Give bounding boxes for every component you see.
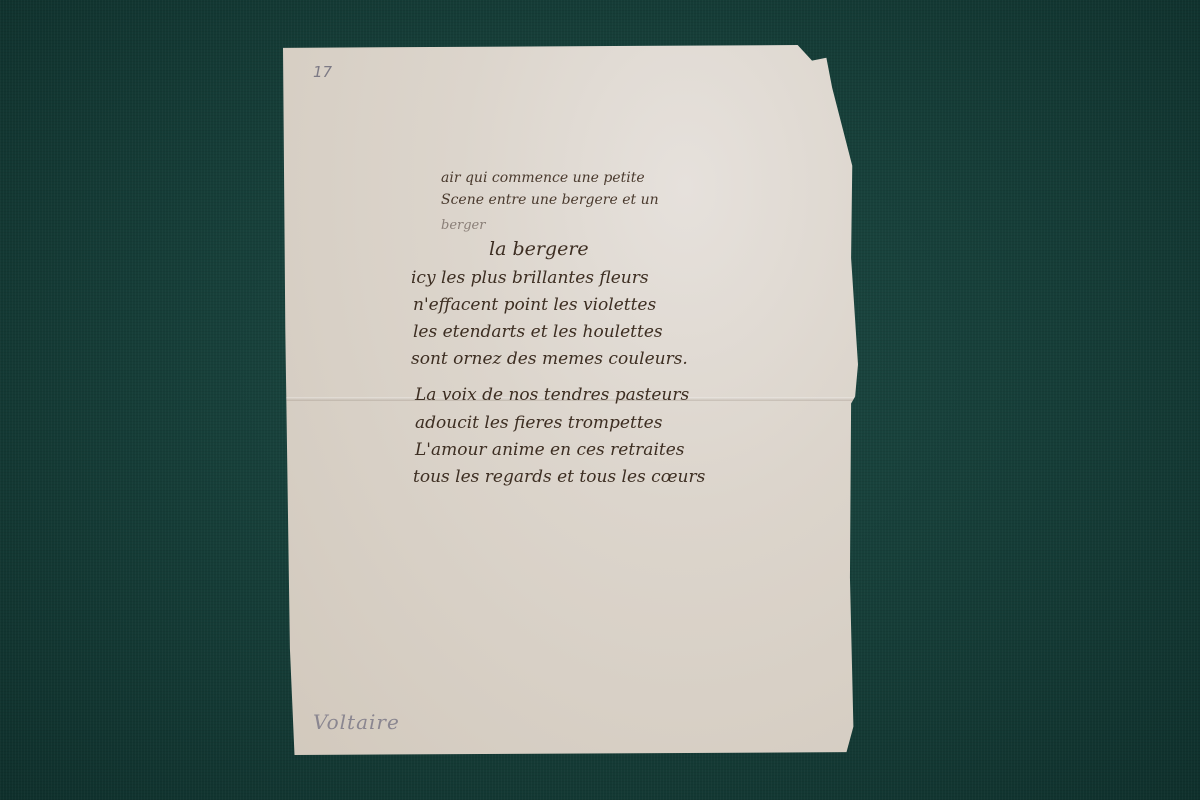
intro-line-2: Scene entre une bergere et un bbox=[441, 192, 659, 208]
stanza-2-line-3: L'amour anime en ces retraites bbox=[415, 440, 685, 460]
stanza-1-line-2: n'effacent point les violettes bbox=[413, 295, 656, 315]
stanza-2-line-1: La voix de nos tendres pasteurs bbox=[415, 385, 689, 405]
folio-number: 17 bbox=[313, 63, 332, 81]
stanza-2-line-2: adoucit les fieres trompettes bbox=[415, 413, 662, 433]
intro-line-3: berger bbox=[441, 218, 485, 233]
stanza-1-line-1: icy les plus brillantes fleurs bbox=[411, 268, 649, 288]
manuscript-page: 17 air qui commence une petite Scene ent… bbox=[283, 45, 858, 755]
stanza-1-line-4: sont ornez des memes couleurs. bbox=[411, 349, 688, 369]
pencil-signature: Voltaire bbox=[313, 710, 400, 734]
stanza-2-line-4: tous les regards et tous les cœurs bbox=[413, 467, 705, 487]
intro-line-1: air qui commence une petite bbox=[441, 170, 645, 186]
stanza-1-line-3: les etendarts et les houlettes bbox=[413, 322, 663, 342]
poem-heading: la bergere bbox=[489, 238, 589, 260]
